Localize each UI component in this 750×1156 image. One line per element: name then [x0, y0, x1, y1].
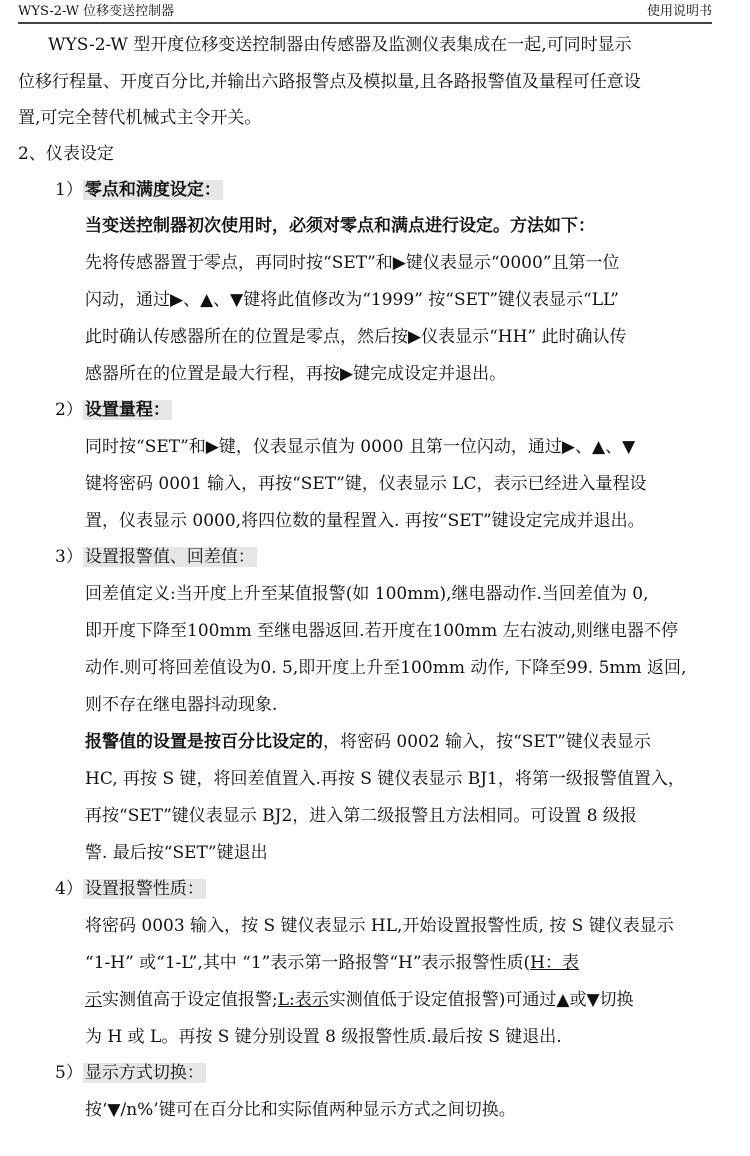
subsection-3-line: 再按“SET”键仪表显示 BJ2，进入第二级报警且方法相同。可设置 8 级报 — [85, 804, 637, 828]
subsection-3-line: 即开度下降至100mm 至继电器返回.若开度在100mm 左右波动,则继电器不停 — [85, 619, 678, 643]
alarm-type-h-underline-cont: 示 — [85, 990, 102, 1010]
subsection-3-line: 警. 最后按“SET”键退出 — [85, 841, 268, 865]
alarm-bold-lead: 报警值的设置是按百分比设定的 — [85, 732, 323, 752]
subsection-3-line: 回差值定义:当开度上升至某值报警(如 100mm),继电器动作.当回差值为 0, — [85, 582, 649, 606]
subsection-number: 5） — [55, 1063, 83, 1083]
subsection-1-line: 先将传感器置于零点，再同时按“SET”和▶键仪表显示“0000”且第一位 — [85, 251, 620, 275]
header-product-title: WYS-2-W 位移变送控制器 — [18, 2, 174, 22]
subsection-4-line: 为 H 或 L。再按 S 键分别设置 8 级报警性质.最后按 S 键退出. — [85, 1025, 562, 1049]
alarm-type-text: 实测值高于设定值报警; — [102, 990, 278, 1010]
subsection-1-heading: 1）零点和满度设定： — [55, 178, 223, 202]
subsection-number: 3） — [55, 547, 83, 567]
subsection-1-lead: 当变送控制器初次使用时，必须对零点和满点进行设定。方法如下： — [85, 214, 595, 238]
subsection-number: 1） — [55, 180, 83, 200]
subsection-4-line: 示实测值高于设定值报警;L:表示实测值低于设定值报警)可通过▲或▼切换 — [85, 988, 634, 1012]
subsection-3-line: HC, 再按 S 键，将回差值置入.再按 S 键仪表显示 BJ1，将第一级报警值… — [85, 767, 685, 791]
subsection-number: 2） — [55, 400, 83, 420]
subsection-1-line: 感器所在的位置是最大行程，再按▶键完成设定并退出。 — [85, 362, 506, 386]
subsection-3-line: 则不存在继电器抖动现象. — [85, 693, 277, 717]
alarm-text: ，将密码 0002 输入，按“SET”键仪表显示 — [323, 732, 651, 752]
subsection-2-line: 同时按“SET”和▶键，仪表显示值为 0000 且第一位闪动，通过▶、▲、▼ — [85, 435, 635, 459]
page-header: WYS-2-W 位移变送控制器 使用说明书 — [18, 2, 712, 24]
alarm-type-text: “1-H” 或“1-L”,其中 “1”表示第一路报警“H”表示报警性质( — [85, 953, 530, 973]
subsection-3-line: 动作.则可将回差值设为0. 5,即开度上升至100mm 动作, 下降至99. 5… — [85, 656, 686, 680]
header-doc-type: 使用说明书 — [647, 2, 712, 22]
alarm-type-text: 实测值低于设定值报警)可通过▲或▼切换 — [329, 990, 634, 1010]
alarm-type-l-underline: L:表示 — [278, 990, 329, 1010]
alarm-type-h-underline: H：表 — [530, 953, 579, 973]
section-title: 2、仪表设定 — [18, 142, 114, 166]
subsection-heading-label: 设置报警性质： — [83, 879, 206, 899]
subsection-2-line: 置，仪表显示 0000,将四位数的量程置入. 再按“SET”键设定完成并退出。 — [85, 509, 645, 533]
subsection-4-line: “1-H” 或“1-L”,其中 “1”表示第一路报警“H”表示报警性质(H：表 — [85, 951, 579, 975]
intro-line-3: 置,可完全替代机械式主令开关。 — [18, 106, 261, 130]
subsection-heading-label: 显示方式切换： — [83, 1063, 206, 1083]
subsection-heading-label: 零点和满度设定： — [83, 180, 223, 200]
subsection-5-heading: 5）显示方式切换： — [55, 1061, 206, 1085]
subsection-2-heading: 2）设置量程： — [55, 398, 172, 422]
intro-line-2: 位移行程量、开度百分比,并输出六路报警点及模拟量,且各路报警值及量程可任意设 — [18, 70, 641, 94]
subsection-3-heading: 3）设置报警值、回差值： — [55, 545, 257, 569]
subsection-heading-label: 设置量程： — [83, 400, 172, 420]
subsection-5-line: 按‘▼/n%’键可在百分比和实际值两种显示方式之间切换。 — [85, 1098, 516, 1122]
subsection-1-line: 此时确认传感器所在的位置是零点，然后按▶仪表显示“HH” 此时确认传 — [85, 325, 627, 349]
subsection-2-line: 键将密码 0001 输入，再按“SET”键，仪表显示 LC，表示已经进入量程设 — [85, 472, 647, 496]
subsection-number: 4） — [55, 879, 83, 899]
subsection-3-line: 报警值的设置是按百分比设定的，将密码 0002 输入，按“SET”键仪表显示 — [85, 730, 651, 754]
subsection-4-heading: 4）设置报警性质： — [55, 877, 206, 901]
subsection-1-line: 闪动，通过▶、▲、▼键将此值修改为“1999” 按“SET”键仪表显示“LL” — [85, 288, 619, 312]
intro-line-1: WYS-2-W 型开度位移变送控制器由传感器及监测仪表集成在一起,可同时显示 — [48, 33, 632, 57]
subsection-heading-label: 设置报警值、回差值： — [83, 547, 257, 567]
subsection-4-line: 将密码 0003 输入，按 S 键仪表显示 HL,开始设置报警性质, 按 S 键… — [85, 914, 674, 938]
